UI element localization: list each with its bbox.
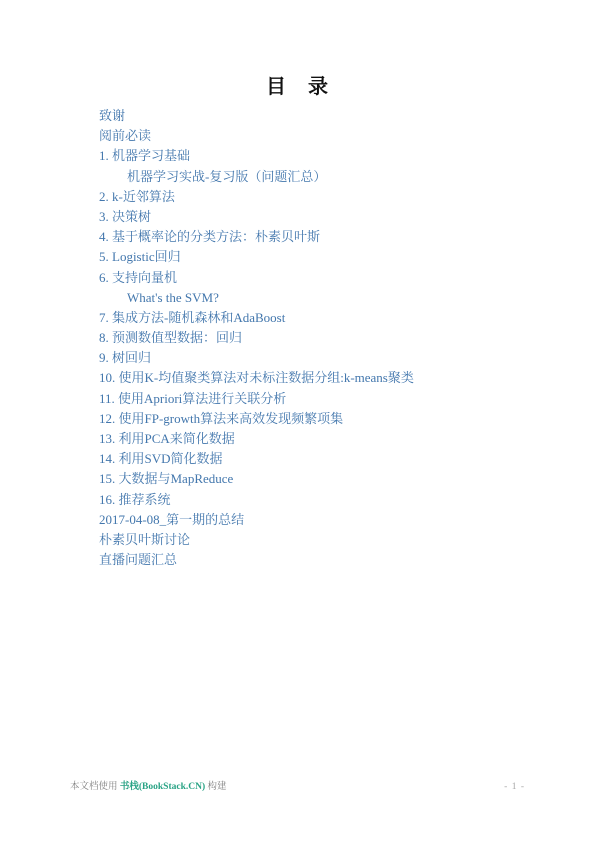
toc-item[interactable]: 3. 决策树 — [99, 207, 555, 227]
toc-item[interactable]: 11. 使用Apriori算法进行关联分析 — [99, 389, 555, 409]
document-page: 目 录 致谢阅前必读1. 机器学习基础机器学习实战-复习版（问题汇总）2. k-… — [0, 0, 595, 841]
toc-item[interactable]: 1. 机器学习基础 — [99, 146, 555, 166]
toc-item[interactable]: 13. 利用PCA来简化数据 — [99, 429, 555, 449]
page-title: 目 录 — [0, 70, 595, 99]
toc-item[interactable]: 4. 基于概率论的分类方法：朴素贝叶斯 — [99, 227, 555, 247]
page-footer: 本文档使用 书栈(BookStack.CN) 构建 - 1 - — [70, 778, 525, 792]
toc-item[interactable]: 2. k-近邻算法 — [99, 187, 555, 207]
toc-item[interactable]: 朴素贝叶斯讨论 — [99, 530, 555, 550]
toc-item[interactable]: 机器学习实战-复习版（问题汇总） — [99, 167, 555, 187]
toc-item[interactable]: What's the SVM? — [99, 288, 555, 308]
toc-item[interactable]: 2017-04-08_第一期的总结 — [99, 510, 555, 530]
toc-item[interactable]: 5. Logistic回归 — [99, 247, 555, 267]
toc-item[interactable]: 16. 推荐系统 — [99, 490, 555, 510]
table-of-contents: 致谢阅前必读1. 机器学习基础机器学习实战-复习版（问题汇总）2. k-近邻算法… — [99, 106, 555, 570]
toc-item[interactable]: 9. 树回归 — [99, 348, 555, 368]
toc-item[interactable]: 6. 支持向量机 — [99, 268, 555, 288]
toc-item[interactable]: 致谢 — [99, 106, 555, 126]
footer-suffix-text: 构建 — [205, 782, 226, 792]
toc-item[interactable]: 14. 利用SVD简化数据 — [99, 449, 555, 469]
toc-item[interactable]: 12. 使用FP-growth算法来高效发现频繁项集 — [99, 409, 555, 429]
toc-item[interactable]: 8. 预测数值型数据：回归 — [99, 328, 555, 348]
toc-item[interactable]: 7. 集成方法-随机森林和AdaBoost — [99, 308, 555, 328]
toc-item[interactable]: 直播问题汇总 — [99, 550, 555, 570]
toc-item[interactable]: 阅前必读 — [99, 126, 555, 146]
toc-item[interactable]: 15. 大数据与MapReduce — [99, 469, 555, 489]
page-number: - 1 - — [504, 782, 525, 792]
toc-item[interactable]: 10. 使用K-均值聚类算法对未标注数据分组:k-means聚类 — [99, 368, 555, 388]
bookstack-brand-link[interactable]: 书栈(BookStack.CN) — [120, 782, 205, 792]
footer-prefix-text: 本文档使用 — [70, 782, 120, 792]
footer-builder-note: 本文档使用 书栈(BookStack.CN) 构建 — [70, 778, 227, 792]
